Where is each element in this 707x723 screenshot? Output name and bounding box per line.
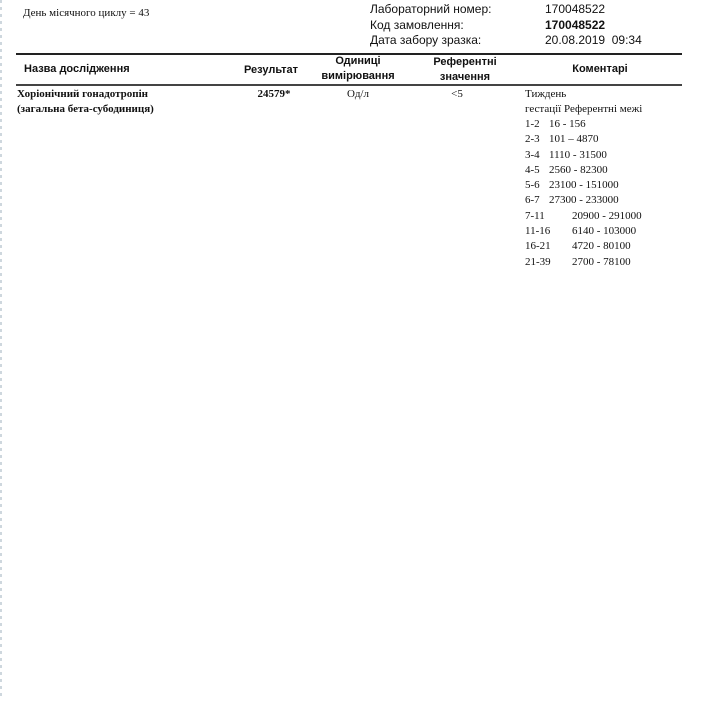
gestation-week: 16-21 xyxy=(525,239,572,254)
gestation-range-value: 1110 - 31500 xyxy=(549,148,607,163)
order-code-label: Код замовлення: xyxy=(370,18,545,34)
sample-date-label: Дата забору зразка: xyxy=(370,33,545,49)
test-name-cell: Хоріонічний гонадотропін (загальна бета-… xyxy=(17,87,154,117)
header-reference: Референтні значення xyxy=(417,55,513,85)
reference-cell: <5 xyxy=(417,87,497,102)
header-reference-line2: значення xyxy=(417,70,513,85)
lab-number-value: 170048522 xyxy=(545,2,605,18)
lab-number-row: Лабораторний номер: 170048522 xyxy=(370,2,642,18)
gestation-range-value: 27300 - 233000 xyxy=(549,193,619,208)
gestation-ranges-list: 1-216 - 1562-3101 – 48703-41110 - 315004… xyxy=(525,117,642,270)
gestation-week: 1-2 xyxy=(525,117,549,132)
gestation-range-row: 11-166140 - 103000 xyxy=(525,224,642,239)
gestation-week: 7-11 xyxy=(525,209,572,224)
gestation-range-row: 5-623100 - 151000 xyxy=(525,178,642,193)
comment-header-line2: гестації Референтні межі xyxy=(525,102,642,117)
gestation-range-row: 21-392700 - 78100 xyxy=(525,255,642,270)
gestation-range-row: 3-41110 - 31500 xyxy=(525,148,642,163)
header-units-line1: Одиниці xyxy=(313,54,403,69)
gestation-range-value: 2700 - 78100 xyxy=(572,255,631,270)
comments-cell: Тиждень гестації Референтні межі 1-216 -… xyxy=(525,87,642,270)
order-code-row: Код замовлення: 170048522 xyxy=(370,18,642,34)
gestation-range-row: 7-1120900 - 291000 xyxy=(525,209,642,224)
gestation-range-row: 2-3101 – 4870 xyxy=(525,132,642,147)
header-units: Одиниці вимірювання xyxy=(313,54,403,84)
page-edge-dotted-border xyxy=(0,0,2,700)
gestation-week: 21-39 xyxy=(525,255,572,270)
gestation-week: 2-3 xyxy=(525,132,549,147)
comment-header-line1: Тиждень xyxy=(525,87,642,102)
gestation-range-value: 2560 - 82300 xyxy=(549,163,608,178)
gestation-range-row: 4-52560 - 82300 xyxy=(525,163,642,178)
gestation-range-row: 6-727300 - 233000 xyxy=(525,193,642,208)
gestation-range-value: 20900 - 291000 xyxy=(572,209,642,224)
gestation-range-value: 6140 - 103000 xyxy=(572,224,636,239)
lab-number-label: Лабораторний номер: xyxy=(370,2,545,18)
cycle-day-text: День місячного циклу = 43 xyxy=(23,7,149,19)
gestation-range-value: 4720 - 80100 xyxy=(572,239,631,254)
gestation-week: 5-6 xyxy=(525,178,549,193)
gestation-week: 11-16 xyxy=(525,224,572,239)
order-code-value: 170048522 xyxy=(545,18,605,34)
gestation-range-value: 16 - 156 xyxy=(549,117,586,132)
test-name-line2: (загальна бета-субодиниця) xyxy=(17,102,154,117)
units-cell: Од/л xyxy=(313,87,403,102)
header-result: Результат xyxy=(236,63,306,78)
order-info-block: Лабораторний номер: 170048522 Код замовл… xyxy=(370,2,642,49)
result-cell: 24579* xyxy=(236,87,312,102)
sample-date-row: Дата забору зразка: 20.08.2019 09:34 xyxy=(370,33,642,49)
gestation-range-row: 16-214720 - 80100 xyxy=(525,239,642,254)
gestation-week: 6-7 xyxy=(525,193,549,208)
header-test-name: Назва дослідження xyxy=(24,62,130,77)
gestation-range-value: 23100 - 151000 xyxy=(549,178,619,193)
gestation-range-row: 1-216 - 156 xyxy=(525,117,642,132)
test-name-line1: Хоріонічний гонадотропін xyxy=(17,87,154,102)
gestation-range-value: 101 – 4870 xyxy=(549,132,599,147)
table-header-rule xyxy=(16,84,682,86)
header-units-line2: вимірювання xyxy=(313,69,403,84)
gestation-week: 4-5 xyxy=(525,163,549,178)
header-reference-line1: Референтні xyxy=(417,55,513,70)
gestation-week: 3-4 xyxy=(525,148,549,163)
sample-date-value: 20.08.2019 09:34 xyxy=(545,33,642,49)
header-comments: Коментарі xyxy=(545,62,655,77)
